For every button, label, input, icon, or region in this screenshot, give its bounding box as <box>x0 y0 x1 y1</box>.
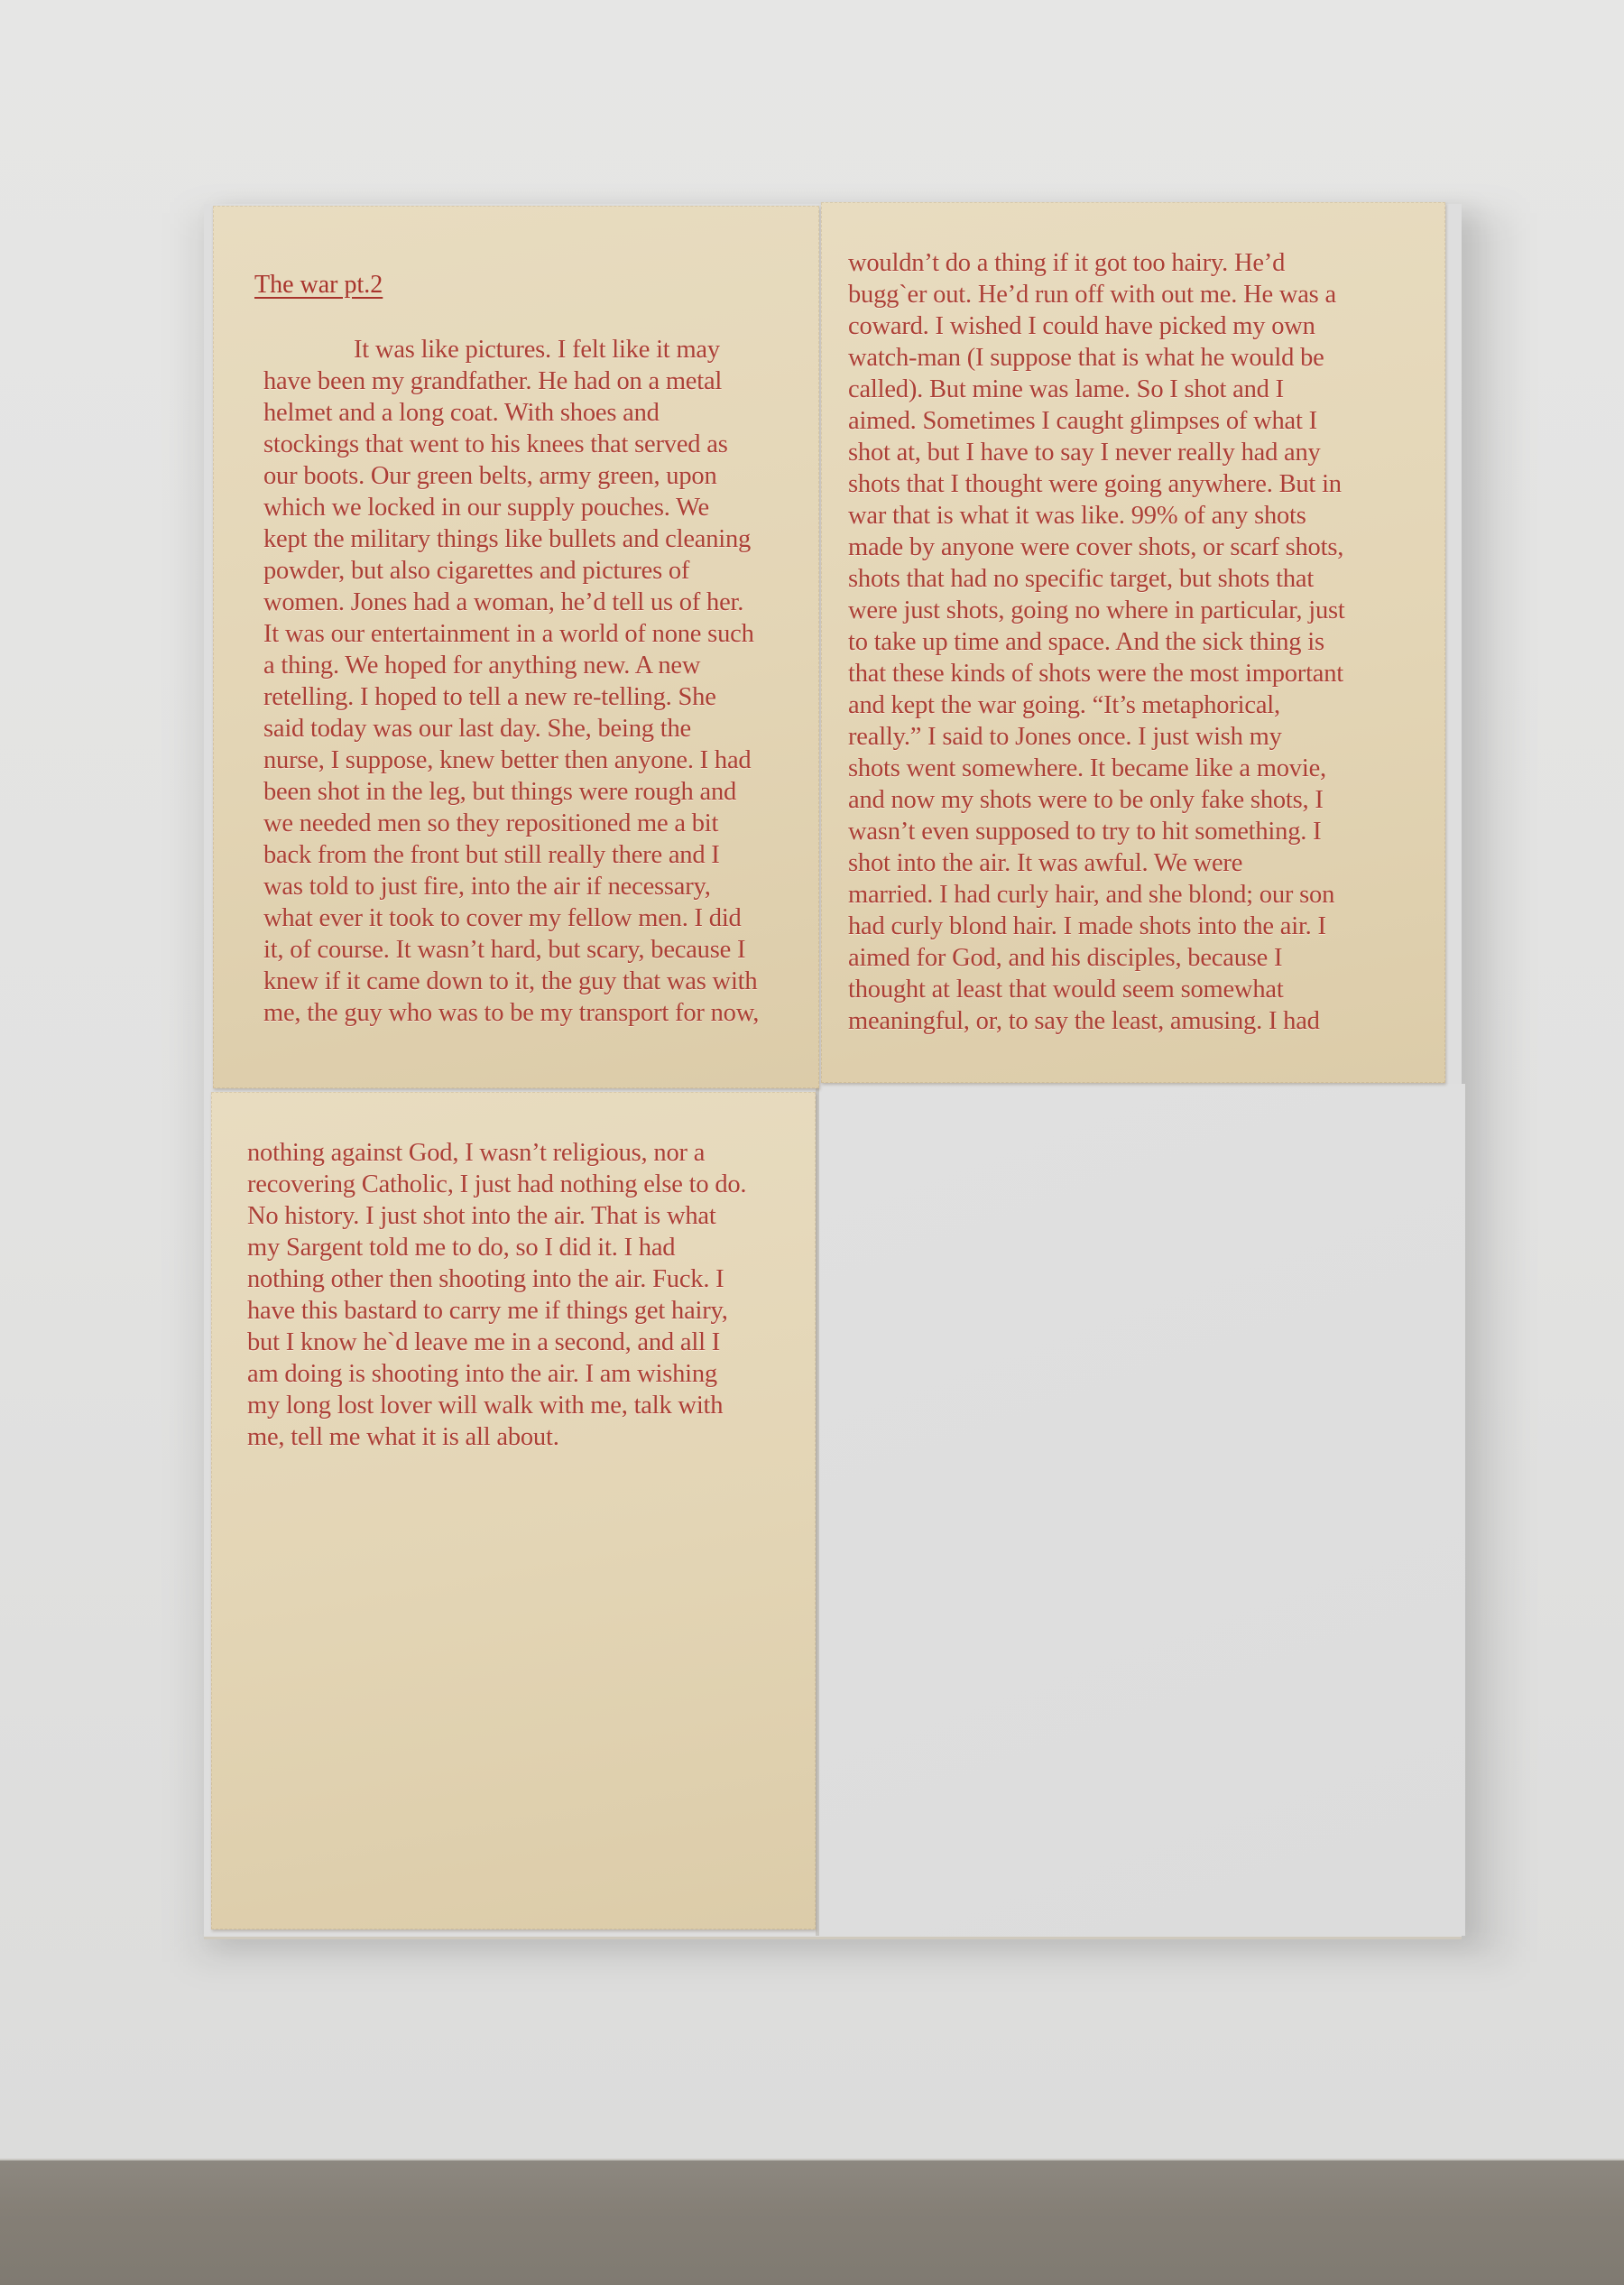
text-line: war that is what it was like. 99% of any… <box>848 500 1345 532</box>
text-line: what ever it took to cover my fellow men… <box>263 902 759 934</box>
text-line: wasn’t even supposed to try to hit somet… <box>848 816 1345 847</box>
text-line: said today was our last day. She, being … <box>263 713 759 745</box>
text-line: thought at least that would seem somewha… <box>848 974 1345 1005</box>
text-line: our boots. Our green belts, army green, … <box>263 460 759 492</box>
text-line: my Sargent told me to do, so I did it. I… <box>247 1232 746 1263</box>
text-line: nothing against God, I wasn’t religious,… <box>247 1137 746 1169</box>
text-line: were just shots, going no where in parti… <box>848 595 1345 626</box>
text-line: really.” I said to Jones once. I just wi… <box>848 721 1345 753</box>
text-line: shots that had no specific target, but s… <box>848 563 1345 595</box>
text-line: shots went somewhere. It became like a m… <box>848 753 1345 784</box>
text-line: helmet and a long coat. With shoes and <box>263 397 759 429</box>
text-line: we needed men so they repositioned me a … <box>263 808 759 839</box>
text-line: back from the front but still really the… <box>263 839 759 871</box>
text-line: nothing other then shooting into the air… <box>247 1263 746 1295</box>
text-line: made by anyone were cover shots, or scar… <box>848 532 1345 563</box>
text-line: meaningful, or, to say the least, amusin… <box>848 1005 1345 1037</box>
text-line: kept the military things like bullets an… <box>263 523 759 555</box>
paper-sheet-top-right: wouldn’t do a thing if it got too hairy.… <box>821 202 1445 1083</box>
concrete-floor <box>0 2159 1624 2285</box>
stamped-text-block: nothing against God, I wasn’t religious,… <box>247 1137 746 1453</box>
text-line: but I know he`d leave me in a second, an… <box>247 1327 746 1358</box>
text-line: bugg`er out. He’d run off with out me. H… <box>848 279 1345 310</box>
blank-panel-bottom-right <box>816 1084 1465 1936</box>
text-line: coward. I wished I could have picked my … <box>848 310 1345 342</box>
text-line: retelling. I hoped to tell a new re-tell… <box>263 681 759 713</box>
text-line: it, of course. It wasn’t hard, but scary… <box>263 934 759 966</box>
text-line: nurse, I suppose, knew better then anyon… <box>263 745 759 776</box>
text-line: It was our entertainment in a world of n… <box>263 618 759 650</box>
text-line: have this bastard to carry me if things … <box>247 1295 746 1327</box>
text-line: and kept the war going. “It’s metaphoric… <box>848 689 1345 721</box>
text-line: recovering Catholic, I just had nothing … <box>247 1169 746 1200</box>
text-line: shots that I thought were going anywhere… <box>848 468 1345 500</box>
text-line: No history. I just shot into the air. Th… <box>247 1200 746 1232</box>
text-line: me, the guy who was to be my transport f… <box>263 997 759 1029</box>
text-line: aimed. Sometimes I caught glimpses of wh… <box>848 405 1345 437</box>
text-line: shot into the air. It was awful. We were <box>848 847 1345 879</box>
text-line: a thing. We hoped for anything new. A ne… <box>263 650 759 681</box>
text-line: watch-man (I suppose that is what he wou… <box>848 342 1345 374</box>
text-line: been shot in the leg, but things were ro… <box>263 776 759 808</box>
stamped-text-block: wouldn’t do a thing if it got too hairy.… <box>848 247 1345 1037</box>
text-line: am doing is shooting into the air. I am … <box>247 1358 746 1390</box>
text-line: aimed for God, and his disciples, becaus… <box>848 942 1345 974</box>
text-line: to take up time and space. And the sick … <box>848 626 1345 658</box>
text-line: was told to just fire, into the air if n… <box>263 871 759 902</box>
text-line: knew if it came down to it, the guy that… <box>263 966 759 997</box>
text-line: wouldn’t do a thing if it got too hairy.… <box>848 247 1345 279</box>
text-line: that these kinds of shots were the most … <box>848 658 1345 689</box>
text-line: my long lost lover will walk with me, ta… <box>247 1390 746 1421</box>
paper-sheet-bottom-left: nothing against God, I wasn’t religious,… <box>211 1092 816 1929</box>
text-line: women. Jones had a woman, he’d tell us o… <box>263 587 759 618</box>
paper-sheet-top-left: The war pt.2 It was like pictures. I fel… <box>213 206 819 1088</box>
text-line: called). But mine was lame. So I shot an… <box>848 374 1345 405</box>
text-line: had curly blond hair. I made shots into … <box>848 911 1345 942</box>
text-line: which we locked in our supply pouches. W… <box>263 492 759 523</box>
text-line: It was like pictures. I felt like it may <box>263 334 759 365</box>
text-line: powder, but also cigarettes and pictures… <box>263 555 759 587</box>
text-line: stockings that went to his knees that se… <box>263 429 759 460</box>
text-line: have been my grandfather. He had on a me… <box>263 365 759 397</box>
text-line: shot at, but I have to say I never reall… <box>848 437 1345 468</box>
artwork-title: The war pt.2 <box>254 271 383 300</box>
text-line: and now my shots were to be only fake sh… <box>848 784 1345 816</box>
text-line: married. I had curly hair, and she blond… <box>848 879 1345 911</box>
text-line: me, tell me what it is all about. <box>247 1421 746 1453</box>
stamped-text-block: It was like pictures. I felt like it may… <box>263 334 759 1029</box>
